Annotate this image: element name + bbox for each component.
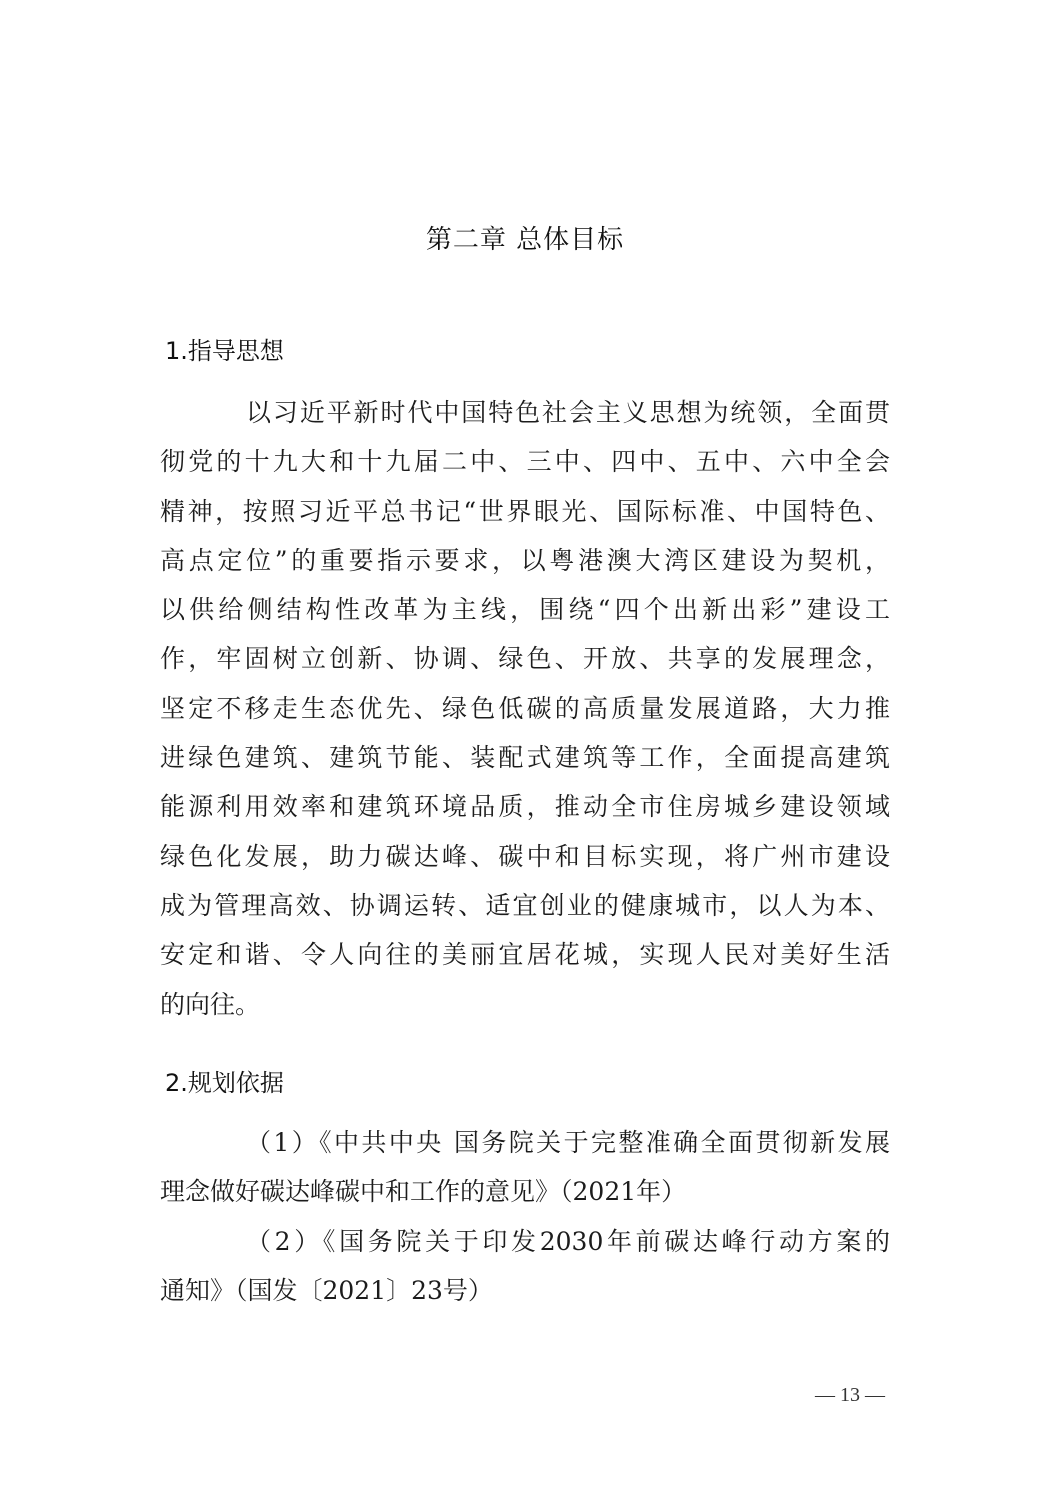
section-body-planning-basis: （1）《中共中央 国务院关于完整准确全面贯彻新发展 理念做好碳达峰碳中和工作的意… — [160, 1118, 890, 1315]
chapter-title: 第二章 总体目标 — [0, 220, 1050, 260]
page-number: — 13 — — [800, 1380, 900, 1410]
paragraph-line: 绿色化发展，助力碳达峰、碳中和目标实现，将广州市建设 — [160, 832, 890, 881]
section-heading-guiding-ideology: 1.指导思想 — [165, 333, 284, 369]
paragraph-line: 坚定不移走生态优先、绿色低碳的高质量发展道路，大力推 — [160, 684, 890, 733]
section-heading-planning-basis: 2.规划依据 — [165, 1065, 284, 1101]
paragraph-line: 彻党的十九大和十九届二中、三中、四中、五中、六中全会 — [160, 437, 890, 486]
paragraph-line: 的向往。 — [160, 980, 890, 1029]
paragraph-line: 高点定位”的重要指示要求，以粤港澳大湾区建设为契机， — [160, 536, 890, 585]
paragraph-line: 作，牢固树立创新、协调、绿色、开放、共享的发展理念， — [160, 634, 890, 683]
reference-item-line: 通知》（国发〔2021〕23号） — [160, 1266, 890, 1315]
section-body-guiding-ideology: 以习近平新时代中国特色社会主义思想为统领，全面贯 彻党的十九大和十九届二中、三中… — [160, 388, 890, 1029]
reference-item-line: 理念做好碳达峰碳中和工作的意见》（2021年） — [160, 1167, 890, 1216]
paragraph-line: 安定和谐、令人向往的美丽宜居花城，实现人民对美好生活 — [160, 930, 890, 979]
paragraph-line: 进绿色建筑、建筑节能、装配式建筑等工作，全面提高建筑 — [160, 733, 890, 782]
reference-item-line: （2）《国务院关于印发2030年前碳达峰行动方案的 — [160, 1217, 890, 1266]
paragraph-line: 能源利用效率和建筑环境品质，推动全市住房城乡建设领域 — [160, 782, 890, 831]
paragraph-line: 以习近平新时代中国特色社会主义思想为统领，全面贯 — [160, 388, 890, 437]
reference-item-line: （1）《中共中央 国务院关于完整准确全面贯彻新发展 — [160, 1118, 890, 1167]
paragraph-line: 精神，按照习近平总书记“世界眼光、国际标准、中国特色、 — [160, 487, 890, 536]
paragraph-line: 以供给侧结构性改革为主线，围绕“四个出新出彩”建设工 — [160, 585, 890, 634]
paragraph-line: 成为管理高效、协调运转、适宜创业的健康城市，以人为本、 — [160, 881, 890, 930]
document-page: 第二章 总体目标 1.指导思想 以习近平新时代中国特色社会主义思想为统领，全面贯… — [0, 0, 1050, 1485]
